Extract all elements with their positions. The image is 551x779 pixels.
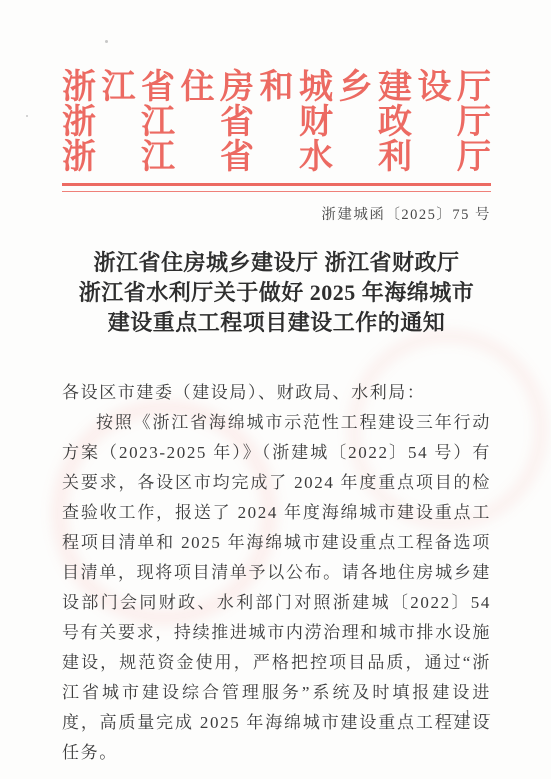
scan-speck	[26, 115, 28, 117]
document-title: 浙江省住房城乡建设厅 浙江省财政厅 浙江省水利厅关于做好 2025 年海绵城市 …	[62, 248, 491, 338]
letterhead-line-water: 浙江省水利厅	[62, 140, 491, 175]
document-content: 浙江省住房和城乡建设厅 浙江省财政厅 浙江省水利厅 浙建城函〔2025〕75 号…	[62, 70, 491, 768]
letterhead-divider-thin	[62, 191, 491, 192]
salutation: 各设区市建委（建设局）、财政局、水利局：	[62, 378, 491, 408]
document-page: 浙江省住房和城乡建设厅 浙江省财政厅 浙江省水利厅 浙建城函〔2025〕75 号…	[0, 0, 551, 779]
letterhead-line-housing: 浙江省住房和城乡建设厅	[62, 70, 491, 105]
letterhead-line-finance: 浙江省财政厅	[62, 105, 491, 140]
document-body: 各设区市建委（建设局）、财政局、水利局： 按照《浙江省海绵城市示范性工程建设三年…	[62, 378, 491, 768]
page-number: — 1 —	[445, 708, 493, 720]
document-number: 浙建城函〔2025〕75 号	[62, 203, 491, 224]
title-line-1: 浙江省住房城乡建设厅 浙江省财政厅	[62, 248, 491, 278]
letterhead: 浙江省住房和城乡建设厅 浙江省财政厅 浙江省水利厅	[62, 70, 491, 192]
title-line-2: 浙江省水利厅关于做好 2025 年海绵城市	[62, 278, 491, 308]
scan-speck	[105, 40, 108, 43]
letterhead-divider-thick	[62, 183, 491, 186]
title-line-3: 建设重点工程项目建设工作的通知	[62, 308, 491, 338]
body-paragraph: 按照《浙江省海绵城市示范性工程建设三年行动方案（2023-2025 年）》（浙建…	[62, 408, 491, 768]
